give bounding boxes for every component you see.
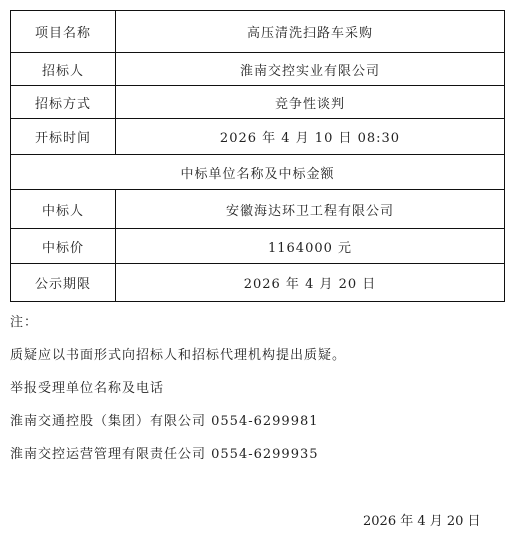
- value-tender-method: 竞争性谈判: [116, 86, 505, 119]
- section-header-winner: 中标单位名称及中标金额: [11, 155, 505, 190]
- label-opening-time: 开标时间: [11, 119, 116, 155]
- row-tender-method: 招标方式 竞争性谈判: [11, 86, 505, 119]
- note-report-heading: 举报受理单位名称及电话: [10, 377, 164, 396]
- value-opening-time: 2026 年 4 月 10 日 08:30: [116, 119, 505, 155]
- row-winner: 中标人 安徽海达环卫工程有限公司: [11, 190, 505, 229]
- label-publicity-period: 公示期限: [11, 264, 116, 302]
- note-objection: 质疑应以书面形式向招标人和招标代理机构提出质疑。: [10, 344, 346, 363]
- value-project-name: 高压清洗扫路车采购: [116, 11, 505, 53]
- label-project-name: 项目名称: [11, 11, 116, 53]
- row-section-header: 中标单位名称及中标金额: [11, 155, 505, 190]
- label-winning-price: 中标价: [11, 229, 116, 264]
- label-winner: 中标人: [11, 190, 116, 229]
- value-winning-price: 1164000 元: [116, 229, 505, 264]
- note-contact-group: 淮南交通控股（集团）有限公司 0554-6299981: [10, 410, 319, 429]
- row-tenderer: 招标人 淮南交控实业有限公司: [11, 53, 505, 86]
- row-opening-time: 开标时间 2026 年 4 月 10 日 08:30: [11, 119, 505, 155]
- label-tenderer: 招标人: [11, 53, 116, 86]
- value-winner: 安徽海达环卫工程有限公司: [116, 190, 505, 229]
- value-tenderer: 淮南交控实业有限公司: [116, 53, 505, 86]
- label-tender-method: 招标方式: [11, 86, 116, 119]
- award-info-table: 项目名称 高压清洗扫路车采购 招标人 淮南交控实业有限公司 招标方式 竞争性谈判…: [10, 10, 505, 302]
- row-publicity-period: 公示期限 2026 年 4 月 20 日: [11, 264, 505, 302]
- row-project-name: 项目名称 高压清洗扫路车采购: [11, 11, 505, 53]
- value-publicity-period: 2026 年 4 月 20 日: [116, 264, 505, 302]
- notes-title: 注：: [10, 311, 38, 330]
- note-contact-operation: 淮南交控运营管理有限责任公司 0554-6299935: [10, 443, 319, 462]
- footer-date: 2026 年 4 月 20 日: [363, 510, 481, 529]
- row-winning-price: 中标价 1164000 元: [11, 229, 505, 264]
